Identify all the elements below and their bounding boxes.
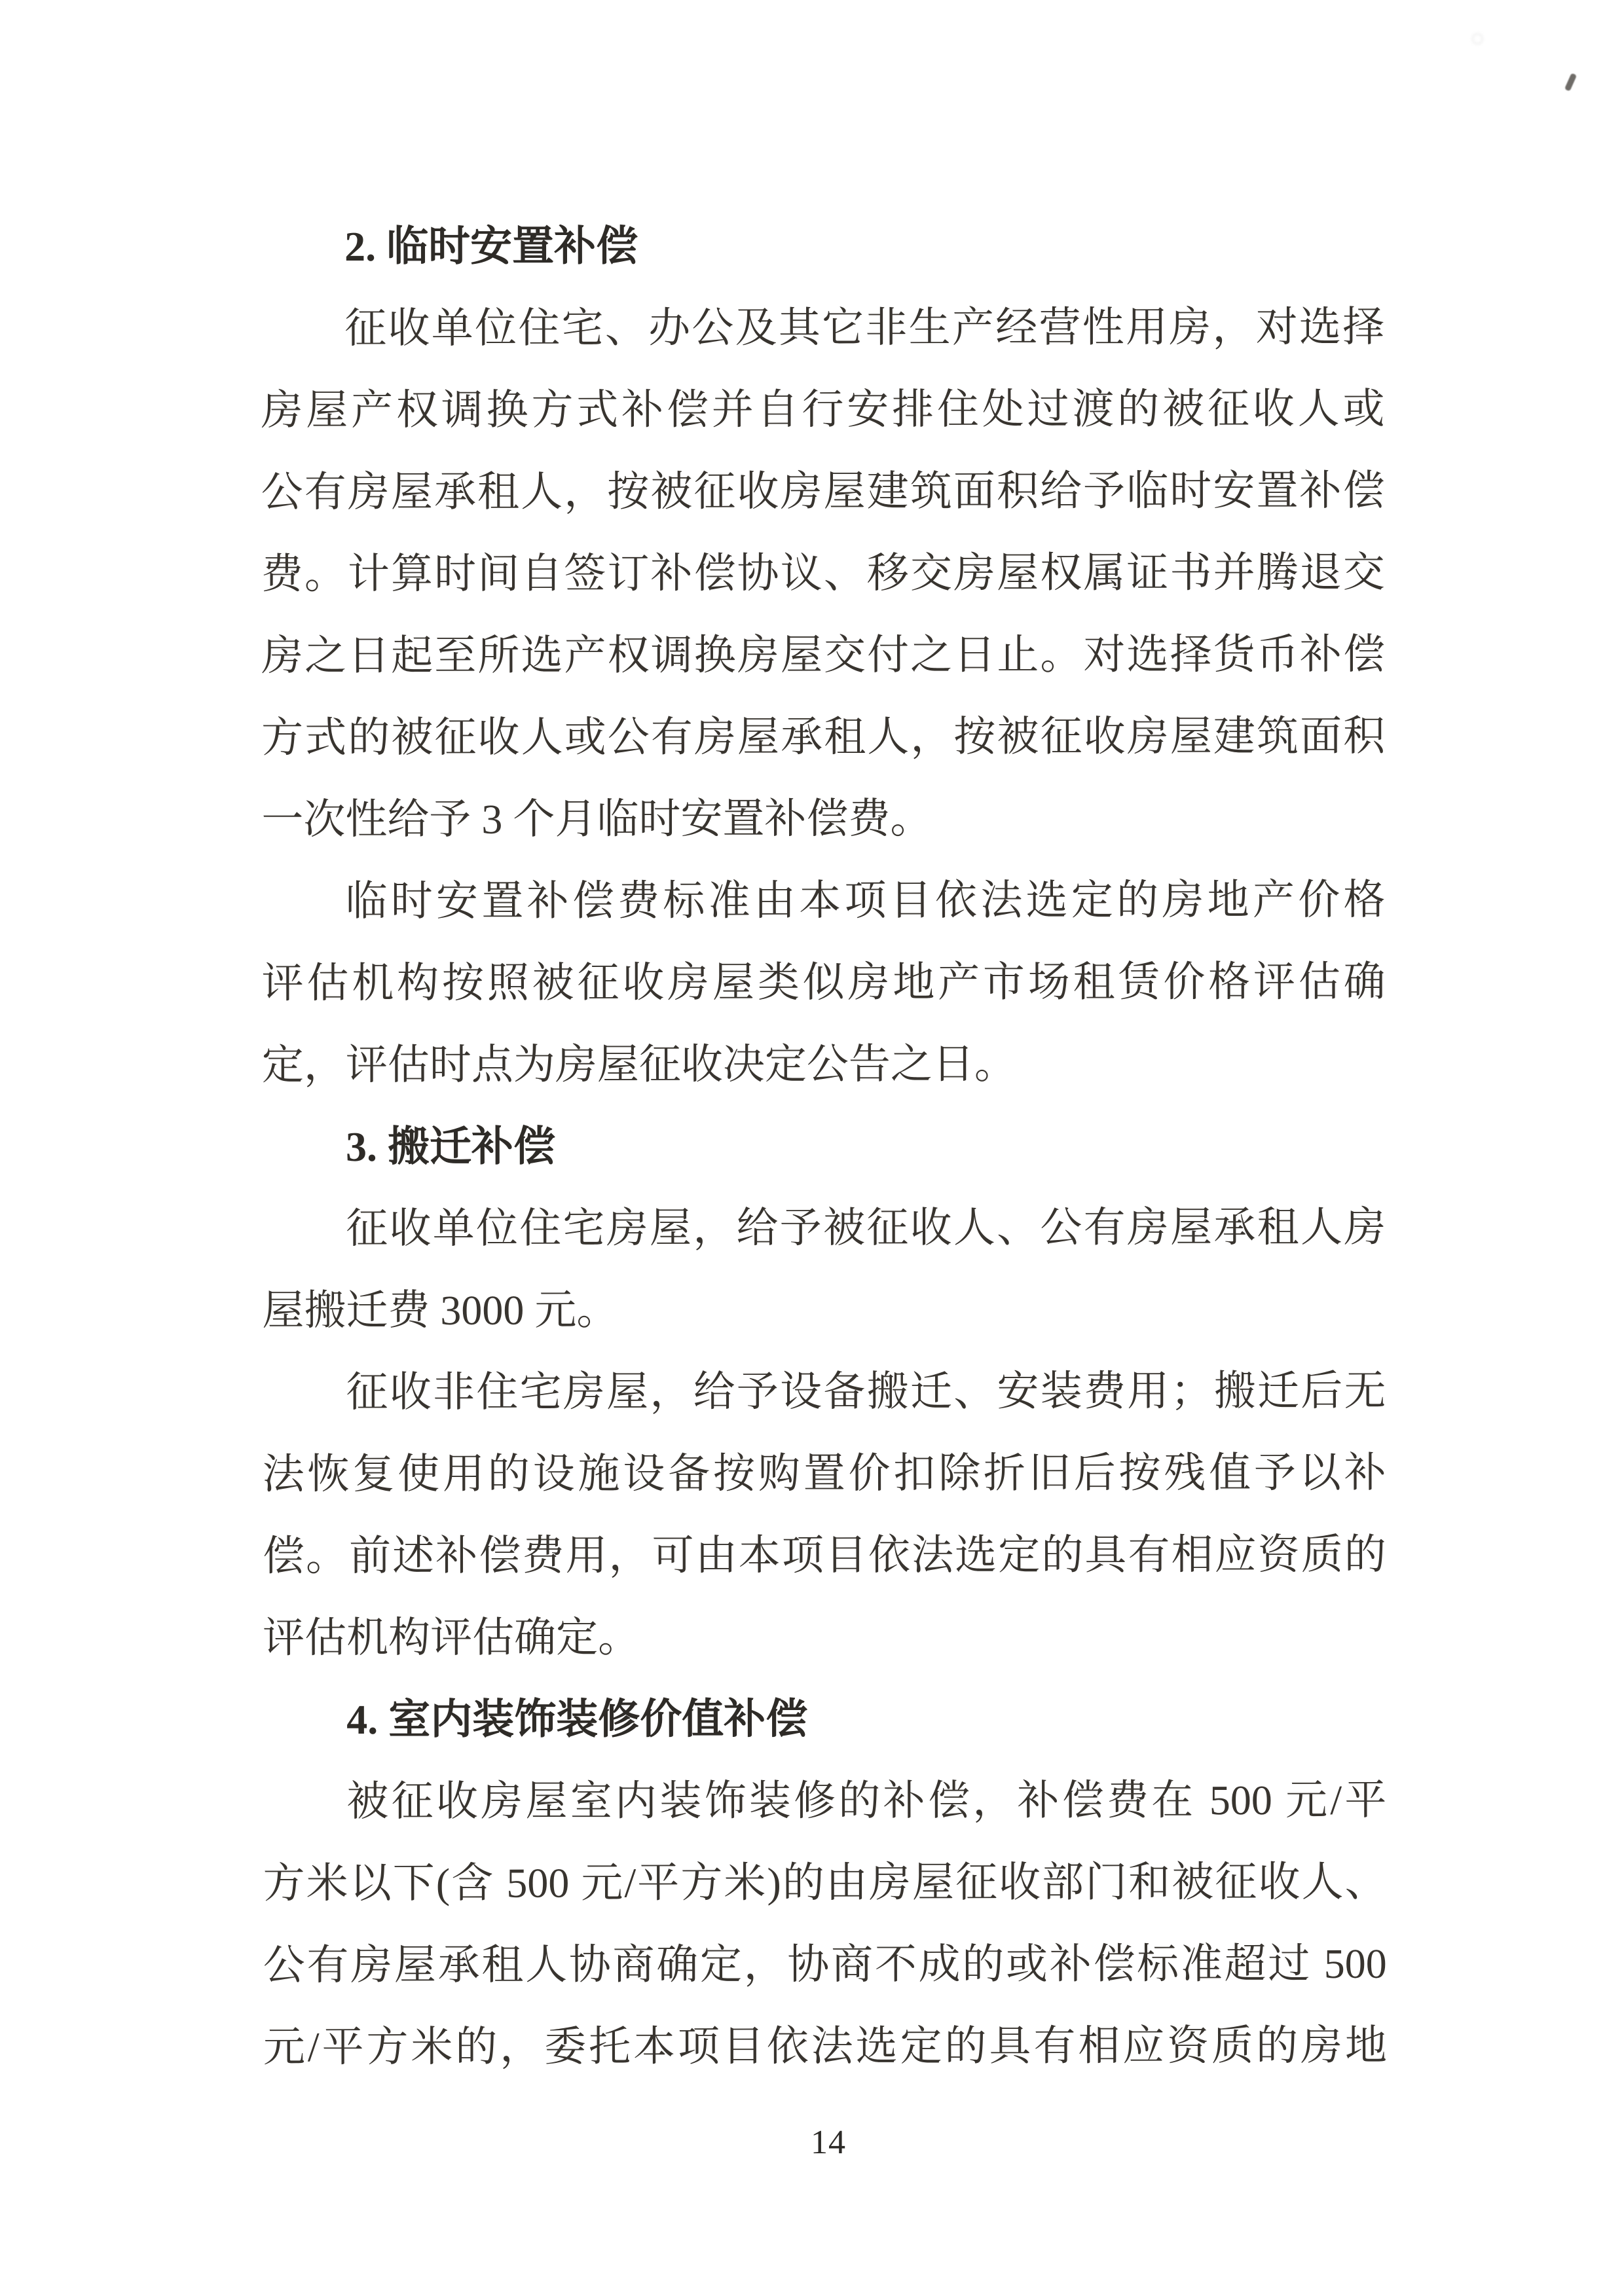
section-heading-4: 4. 室内装饰装修价值补偿	[263, 1677, 1386, 1760]
section-heading-2: 2. 临时安置补偿	[261, 204, 1384, 287]
paragraph-line: 房屋产权调换方式补偿并自行安排住处过渡的被征收人或	[261, 368, 1384, 451]
scan-smudge-artifact: ◌	[1469, 24, 1506, 51]
paragraph-line: 评估机构评估确定。	[263, 1595, 1386, 1679]
paragraph-line: 方式的被征收人或公有房屋承租人，按被征收房屋建筑面积	[261, 695, 1385, 778]
paragraph-line: 公有房屋承租人协商确定，协商不成的或补偿标准超过 500	[263, 1923, 1387, 2006]
paragraph-line: 评估机构按照被征收房屋类似房地产市场租赁价格评估确	[262, 941, 1386, 1024]
paragraph-line: 征收单位住宅房屋，给予被征收人、公有房屋承租人房	[262, 1186, 1386, 1269]
paragraph-line: 法恢复使用的设施设备按购置价扣除折旧后按残值予以补	[263, 1432, 1386, 1515]
scan-mark-artifact	[1564, 73, 1577, 91]
paragraph-line: 被征收房屋室内装饰装修的补偿，补偿费在 500 元/平	[263, 1759, 1386, 1842]
paragraph-line: 征收非住宅房屋，给予设备搬迁、安装费用；搬迁后无	[262, 1350, 1386, 1433]
section-heading-3: 3. 搬迁补偿	[262, 1104, 1386, 1188]
text-body: 2. 临时安置补偿 征收单位住宅、办公及其它非生产经营性用房，对选择 房屋产权调…	[261, 204, 1387, 2088]
paragraph-line: 屋搬迁费 3000 元。	[262, 1268, 1386, 1351]
paragraph-line: 房之日起至所选产权调换房屋交付之日止。对选择货币补偿	[261, 613, 1385, 697]
paragraph-line: 定，评估时点为房屋征收决定公告之日。	[262, 1023, 1386, 1106]
paragraph-line: 临时安置补偿费标准由本项目依法选定的房地产价格	[261, 859, 1385, 942]
document-page: ◌ 2. 临时安置补偿 征收单位住宅、办公及其它非生产经营性用房，对选择 房屋产…	[0, 0, 1624, 2296]
paragraph-line: 偿。前述补偿费用，可由本项目依法选定的具有相应资质的	[263, 1514, 1386, 1597]
page-number: 14	[811, 2123, 863, 2162]
paragraph-line: 元/平方米的，委托本项目依法选定的具有相应资质的房地	[263, 2005, 1387, 2088]
paragraph-line: 费。计算时间自签订补偿协议、移交房屋权属证书并腾退交	[261, 532, 1385, 615]
paragraph-line: 一次性给予 3 个月临时安置补偿费。	[261, 777, 1385, 860]
paragraph-line: 方米以下(含 500 元/平方米)的由房屋征收部门和被征收人、	[263, 1841, 1386, 1924]
paragraph-line: 征收单位住宅、办公及其它非生产经营性用房，对选择	[261, 286, 1384, 369]
paragraph-line: 公有房屋承租人，按被征收房屋建筑面积给予临时安置补偿	[261, 450, 1385, 533]
